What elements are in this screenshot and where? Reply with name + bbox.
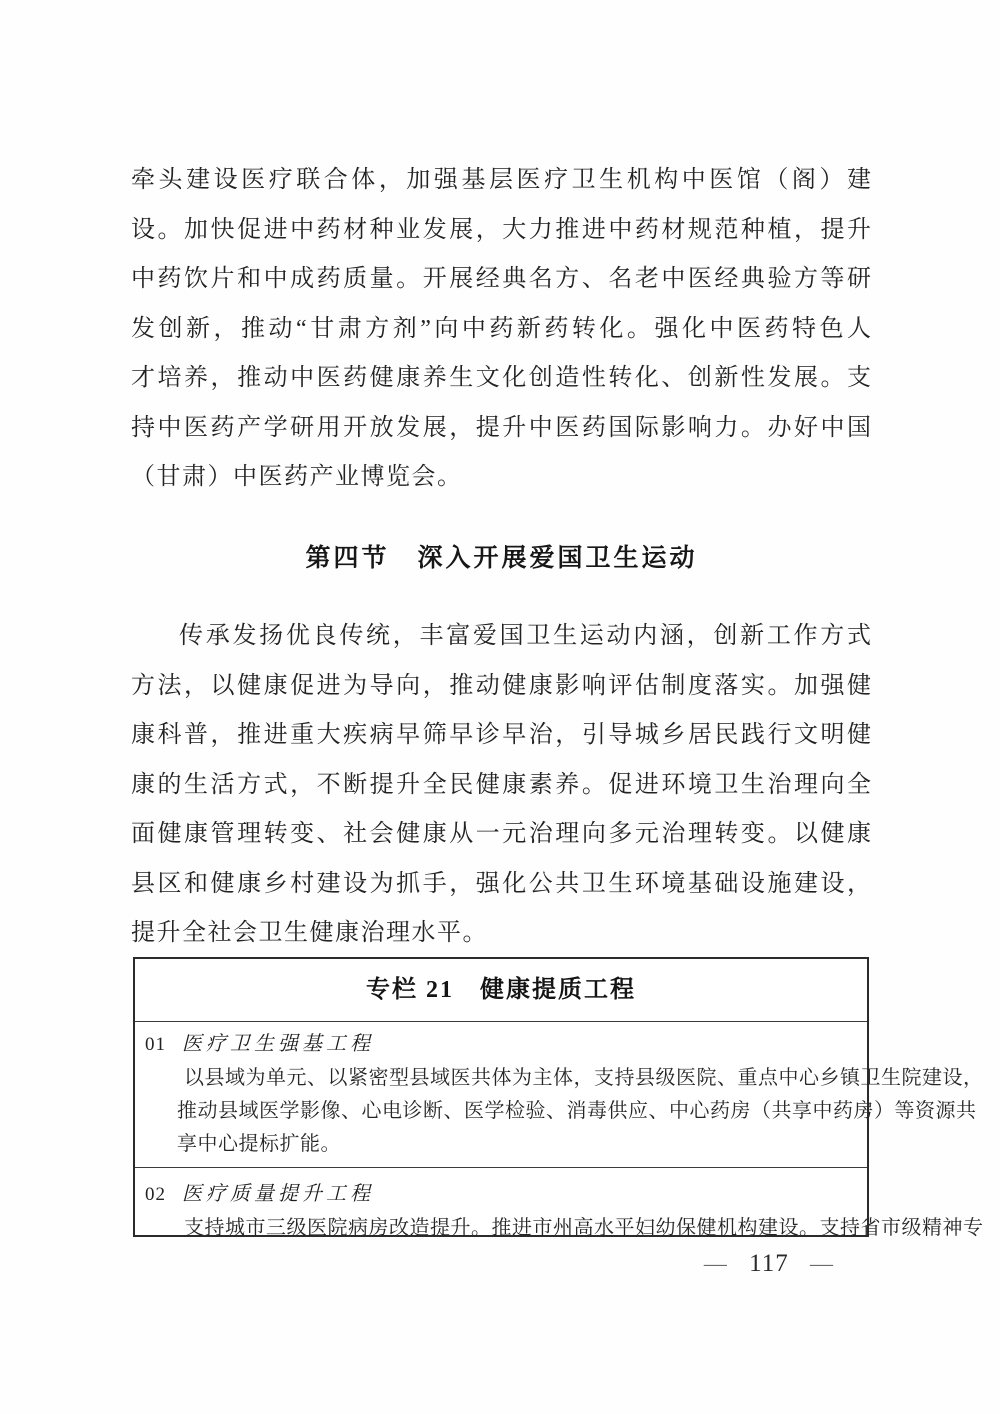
text-line: 康科普，推进重大疾病早筛早诊早治，引导城乡居民践行文明健 bbox=[131, 711, 872, 761]
paragraph-continuation: 牵头建设医疗联合体，加强基层医疗卫生机构中医馆（阁）建 设。加快促进中药材种业发… bbox=[131, 156, 872, 503]
text-line: （甘肃）中医药产业博览会。 bbox=[131, 453, 872, 503]
text-line: 才培养，推动中医药健康养生文化创造性转化、创新性发展。支 bbox=[131, 354, 872, 404]
text-line: 设。加快促进中药材种业发展，大力推进中药材规范种植，提升 bbox=[131, 206, 872, 256]
box-item-02: 02 医疗质量提升工程 支持城市三级医院病房改造提升。推进市州高水平妇幼保健机构… bbox=[135, 1167, 867, 1245]
box-item-body: 支持城市三级医院病房改造提升。推进市州高水平妇幼保健机构建设。支持省市级精神专 bbox=[177, 1212, 857, 1245]
text-line: 提升全社会卫生健康治理水平。 bbox=[131, 909, 872, 959]
text-line: 发创新，推动“甘肃方剂”向中药新药转化。强化中医药特色人 bbox=[131, 305, 872, 355]
box-item-01: 01 医疗卫生强基工程 以县域为单元、以紧密型县域医共体为主体，支持县级医院、重… bbox=[135, 1022, 867, 1161]
text-line: 中药饮片和中成药质量。开展经典名方、名老中医经典验方等研 bbox=[131, 255, 872, 305]
text-line: 持中医药产学研用开放发展，提升中医药国际影响力。办好中国 bbox=[131, 404, 872, 454]
page-number-dash-right: — bbox=[810, 1251, 834, 1276]
box-item-title: 医疗卫生强基工程 bbox=[182, 1028, 374, 1060]
text-line: 牵头建设医疗联合体，加强基层医疗卫生机构中医馆（阁）建 bbox=[131, 156, 872, 206]
box-item-title: 医疗质量提升工程 bbox=[182, 1178, 374, 1210]
text-line: 支持城市三级医院病房改造提升。推进市州高水平妇幼保健机构建设。支持省市级精神专 bbox=[177, 1212, 857, 1245]
box-item-number: 01 bbox=[145, 1029, 166, 1061]
section-heading: 第四节 深入开展爱国卫生运动 bbox=[131, 538, 872, 574]
text-line: 方法，以健康促进为导向，推动健康影响评估制度落实。加强健 bbox=[131, 662, 872, 712]
page-number: — 117 — bbox=[690, 1250, 848, 1278]
text-line: 面健康管理转变、社会健康从一元治理向多元治理转变。以健康 bbox=[131, 810, 872, 860]
box-item-body: 以县域为单元、以紧密型县域医共体为主体，支持县级医院、重点中心乡镇卫生院建设， … bbox=[177, 1062, 857, 1161]
document-page: 牵头建设医疗联合体，加强基层医疗卫生机构中医馆（阁）建 设。加快促进中药材种业发… bbox=[0, 0, 1000, 1414]
text-line: 以县域为单元、以紧密型县域医共体为主体，支持县级医院、重点中心乡镇卫生院建设， bbox=[177, 1062, 857, 1095]
paragraph-body: 传承发扬优良传统，丰富爱国卫生运动内涵，创新工作方式 方法，以健康促进为导向，推… bbox=[131, 612, 872, 959]
box-item-heading: 02 医疗质量提升工程 bbox=[143, 1178, 859, 1210]
box-item-heading: 01 医疗卫生强基工程 bbox=[143, 1028, 859, 1060]
page-number-dash-left: — bbox=[704, 1251, 728, 1276]
page-number-value: 117 bbox=[749, 1250, 789, 1277]
text-line: 享中心提标扩能。 bbox=[177, 1128, 857, 1161]
text-line: 推动县域医学影像、心电诊断、医学检验、消毒供应、中心药房（共享中药房）等资源共 bbox=[177, 1095, 857, 1128]
box-item-number: 02 bbox=[145, 1179, 166, 1211]
column-box-21: 专栏 21 健康提质工程 01 医疗卫生强基工程 以县域为单元、以紧密型县域医共… bbox=[133, 957, 869, 1237]
text-line: 县区和健康乡村建设为抓手，强化公共卫生环境基础设施建设， bbox=[131, 860, 872, 910]
column-box-title: 专栏 21 健康提质工程 bbox=[135, 959, 867, 1022]
text-line: 康的生活方式，不断提升全民健康素养。促进环境卫生治理向全 bbox=[131, 761, 872, 811]
text-line: 传承发扬优良传统，丰富爱国卫生运动内涵，创新工作方式 bbox=[131, 612, 872, 662]
